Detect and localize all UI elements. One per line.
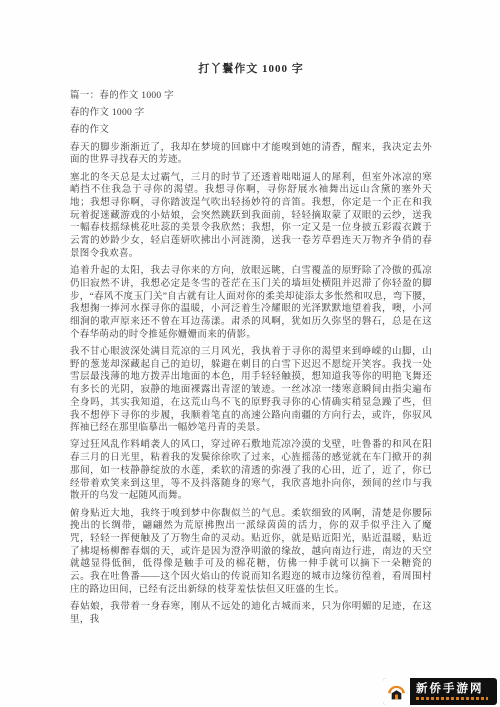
paragraph: 塞北的冬天总是太过霸气，三月的时节了还透着咄咄逼人的犀利，但室外冰凉的寒峭挡不住… (70, 172, 432, 261)
document-title: 打丫鬟作文 1000 字 (70, 60, 432, 76)
logo-tagline-line (416, 697, 488, 700)
house-icon (383, 678, 410, 705)
paragraph: 春姑娘，我带着一身春寒，刚从不远处的迪化古城而来，只为你明媚的足迹，在这里，我 (70, 601, 432, 626)
paragraph: 我不甘心眼波深处满目荒凉的三月风光，我执着于寻你的渴望来到峥嵘的山脚，山野的葱茏… (70, 346, 432, 435)
site-watermark-logo: 新侨手游网 (383, 678, 497, 705)
paragraph: 俯身贴近大地，我终于嗅到梦中你馥似兰的气息。柔软细致的风啊，清楚是你腰际挽出的长… (70, 508, 432, 597)
document-page: 打丫鬟作文 1000 字 篇一：春的作文 1000 字春的作文 1000 字春的… (0, 0, 500, 707)
logo-text-wrap: 新侨手游网 (410, 678, 497, 705)
paragraph: 春的作文 (70, 124, 432, 137)
paragraph: 春的作文 1000 字 (70, 107, 432, 120)
document-body: 篇一：春的作文 1000 字春的作文 1000 字春的作文春天的脚步渐渐近了，我… (70, 90, 432, 627)
paragraph: 穿过狂风乱作料峭袭人的风口，穿过碎石敷地荒凉冷漠的戈壁，吐鲁番的和风在阳春三月的… (70, 439, 432, 503)
paragraph: 追着升起的太阳，我去寻你来的方向，放眼远眺，白雪覆盖的原野除了冷傲的孤凉仍旧寂然… (70, 265, 432, 341)
paragraph: 春天的脚步渐渐近了，我却在梦境的回廊中才能嗅到她的清香，醒来，我决定去外面的世界… (70, 142, 432, 167)
site-name: 新侨手游网 (416, 683, 488, 696)
paragraph: 篇一：春的作文 1000 字 (70, 90, 432, 103)
